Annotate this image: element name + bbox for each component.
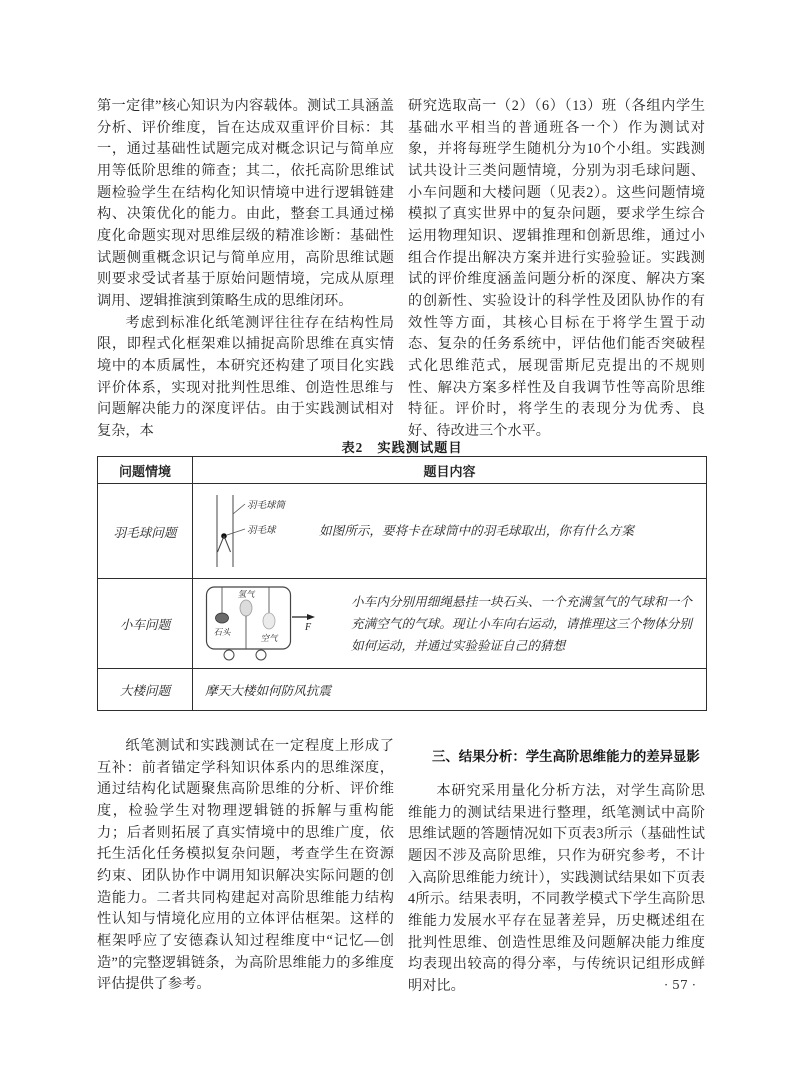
body-paragraph: 研究选取高一（2）（6）（13）班（各组内学生基础水平相当的普通班各一个）作为测…: [408, 96, 705, 443]
question-text-building: 摩天大楼如何防风抗震: [193, 670, 706, 709]
label-badminton-ball: 羽毛球: [247, 525, 277, 536]
label-hydrogen: 氢气: [237, 589, 256, 599]
hydrogen-balloon-shape: [240, 600, 252, 616]
label-stone: 石头: [213, 627, 231, 637]
body-paragraph: 考虑到标准化纸笔测评往往存在结构性局限，即程式化框架难以捕捉高阶思维在真实情境中…: [97, 313, 394, 443]
cart-wheel: [256, 650, 266, 660]
table-row: 羽毛球问题 羽毛球筒 羽毛球 如图所示，要将卡在球筒中的羽毛球取出，你有什么方案: [98, 484, 707, 579]
label-force: F: [304, 622, 312, 633]
body-paragraph: 第一定律”核心知识为内容载体。测试工具涵盖分析、评价维度，旨在达成双重评价目标：…: [97, 96, 394, 313]
cart-wheel: [224, 650, 234, 660]
page-number: · 57 ·: [638, 977, 722, 992]
section-heading-results: 三、结果分析：学生高阶思维能力的差异显影: [408, 746, 705, 765]
label-badminton-tube: 羽毛球筒: [247, 500, 287, 511]
left-column-top: 第一定律”核心知识为内容载体。测试工具涵盖分析、评价维度，旨在达成双重评价目标：…: [97, 96, 394, 443]
question-text-cart: 小车内分别用细绳悬挂一块石头、一个充满氢气的气球和一个充满空气的气球。现让小车向…: [351, 591, 696, 657]
practice-test-table: 问题情境 题目内容 羽毛球问题 羽毛球筒 羽毛球 如图所示，要将卡在球筒中的羽毛…: [97, 456, 707, 711]
table-row: 小车问题 石头 氢气 空气 F: [98, 579, 707, 669]
cart-diagram: 石头 氢气 空气 F: [205, 585, 317, 663]
air-balloon-shape: [263, 613, 275, 629]
label-air: 空气: [260, 633, 279, 643]
situation-badminton: 羽毛球问题: [98, 484, 193, 579]
table-caption: 表2 实践测试题目: [97, 437, 707, 456]
right-column-bottom: 本研究采用量化分析方法，对学生高阶思维能力的测试结果进行整理，纸笔测试中高阶思维…: [408, 781, 705, 998]
body-paragraph: 纸笔测试和实践测试在一定程度上形成了互补：前者锚定学科知识体系内的思维深度，通过…: [97, 736, 394, 996]
left-column-bottom: 纸笔测试和实践测试在一定程度上形成了互补：前者锚定学科知识体系内的思维深度，通过…: [97, 736, 394, 996]
right-column-top: 研究选取高一（2）（6）（13）班（各组内学生基础水平相当的普通班各一个）作为测…: [408, 96, 705, 443]
table-row: 大楼问题 摩天大楼如何防风抗震: [98, 669, 707, 711]
column-header-content: 题目内容: [193, 457, 707, 484]
table-header-row: 问题情境 题目内容: [98, 457, 707, 484]
badminton-tube-diagram: 羽毛球筒 羽毛球: [205, 491, 305, 571]
body-paragraph: 本研究采用量化分析方法，对学生高阶思维能力的测试结果进行整理，纸笔测试中高阶思维…: [408, 781, 705, 998]
situation-cart: 小车问题: [98, 579, 193, 669]
column-header-situation: 问题情境: [98, 457, 193, 484]
situation-building: 大楼问题: [98, 669, 193, 711]
stone-shape: [216, 613, 229, 623]
force-arrowhead: [307, 614, 315, 620]
question-text-badminton: 如图所示，要将卡在球筒中的羽毛球取出，你有什么方案: [319, 521, 634, 541]
